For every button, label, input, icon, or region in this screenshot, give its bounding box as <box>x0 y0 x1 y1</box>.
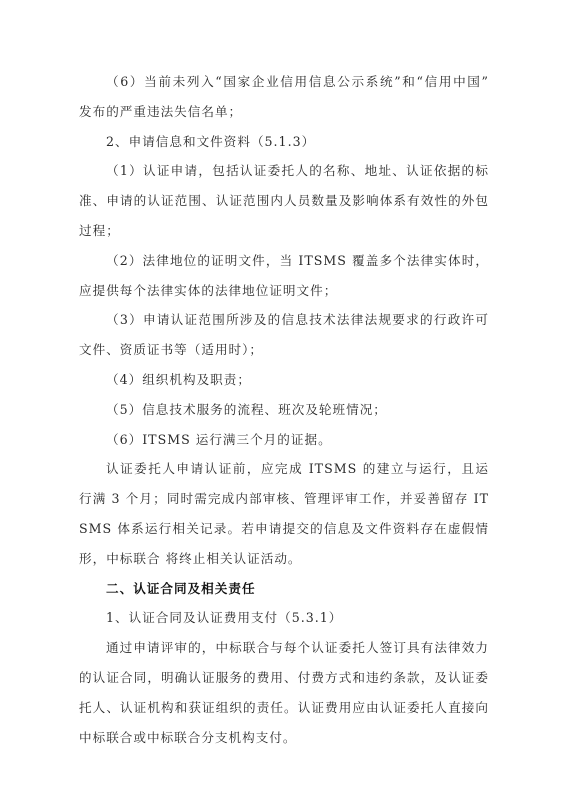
credit-blacklist-requirement: （6）当前未列入“国家企业信用信息公示系统”和“信用中国” 发布的严重违法失信名… <box>79 67 489 127</box>
document-body: （6）当前未列入“国家企业信用信息公示系统”和“信用中国” 发布的严重违法失信名… <box>79 67 489 752</box>
requirement-item-5: （5）信息技术服务的流程、班次及轮班情况； <box>79 395 489 425</box>
application-info-section-title: 2、申请信息和文件资料（5.1.3） <box>79 127 489 157</box>
requirement-item-4: （4）组织机构及职责； <box>79 365 489 395</box>
document-page: （6）当前未列入“国家企业信用信息公示系统”和“信用中国” 发布的严重违法失信名… <box>0 0 566 800</box>
requirement-item-3: （3）申请认证范围所涉及的信息技术法律法规要求的行政许可文件、资质证书等（适用时… <box>79 305 489 365</box>
chapter-heading-contract: 二、认证合同及相关责任 <box>79 574 489 604</box>
contract-paragraph: 通过申请评审的，中标联合与每个认证委托人签订具有法律效力的认证合同，明确认证服务… <box>79 633 489 752</box>
requirement-item-1: （1）认证申请，包括认证委托人的名称、地址、认证依据的标准、申请的认证范围、认证… <box>79 156 489 245</box>
requirement-item-2: （2）法律地位的证明文件，当 ITSMS 覆盖多个法律实体时， 应提供每个法律实… <box>79 246 489 306</box>
requirement-item-6: （6）ITSMS 运行满三个月的证据。 <box>79 425 489 455</box>
contract-payment-section-title: 1、认证合同及认证费用支付（5.3.1） <box>79 603 489 633</box>
pre-application-paragraph: 认证委托人申请认证前，应完成 ITSMS 的建立与运行，且运行满 3 个月；同时… <box>79 454 489 573</box>
